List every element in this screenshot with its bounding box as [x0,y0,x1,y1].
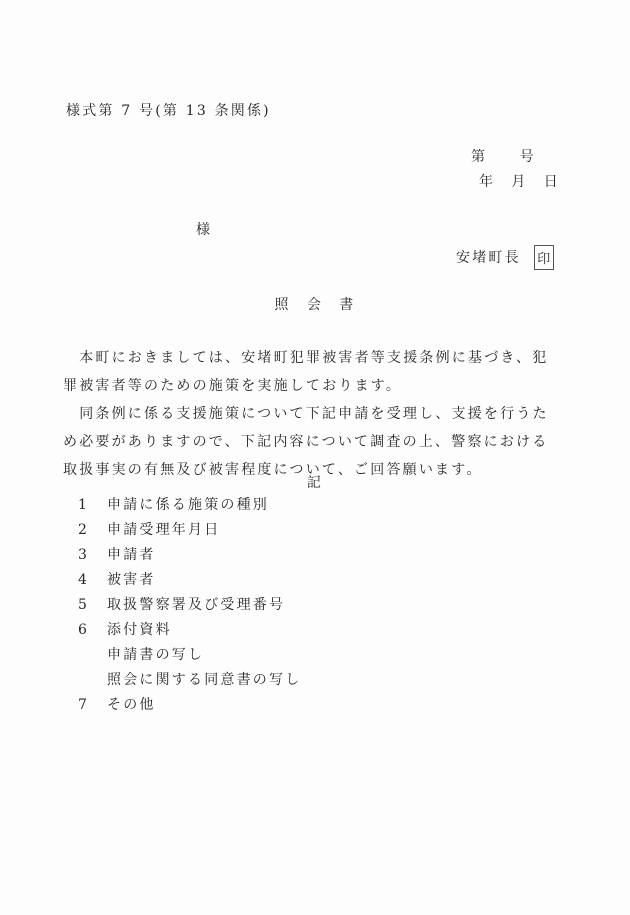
item-number [78,668,107,693]
list-item: 4 被害者 [78,568,301,593]
seal-box: 印 [534,245,554,270]
list-item: 3 申請者 [78,543,301,568]
item-number: 6 [78,618,107,643]
paragraph-line: 罪被害者等のための施策を実施しております。 [63,372,570,400]
item-text: 申請者 [107,543,156,568]
item-text: 申請に係る施策の種別 [107,493,269,518]
list-item: 6 添付資料 [78,618,301,643]
document-title: 照 会 書 [0,294,630,314]
item-number: 1 [78,493,107,518]
item-number: 7 [78,693,107,718]
item-text: 取扱警察署及び受理番号 [107,593,285,618]
item-number [78,643,107,668]
paragraph-line: 同条例に係る支援施策について下記申請を受理し、支援を行うた [63,400,570,428]
document-number-line: 第 号 [471,146,536,166]
item-text: 照会に関する同意書の写し [107,668,301,693]
numbered-list: 1 申請に係る施策の種別 2 申請受理年月日 3 申請者 4 被害者 5 取扱警… [78,493,301,718]
item-text: 申請書の写し [107,643,204,668]
sender-line: 安堵町長 印 [456,243,554,271]
addressee-suffix: 様 [196,219,212,239]
list-item: 7 その他 [78,693,301,718]
item-number: 2 [78,518,107,543]
item-text: 申請受理年月日 [107,518,220,543]
paragraph-line: め必要がありますので、下記内容について調査の上、警察における [63,428,570,456]
list-sub-item: 申請書の写し [78,643,301,668]
body-paragraphs: 本町におきましては、安堵町犯罪被害者等支援条例に基づき、犯 罪被害者等のための施… [63,344,570,484]
item-number: 5 [78,593,107,618]
item-number: 4 [78,568,107,593]
document-date-line: 年 月 日 [479,171,560,191]
form-number: 様式第 7 号(第 13 条関係) [66,100,271,120]
list-item: 1 申請に係る施策の種別 [78,493,301,518]
item-text: 被害者 [107,568,156,593]
sender-title: 安堵町長 [456,247,521,267]
list-sub-item: 照会に関する同意書の写し [78,668,301,693]
list-item: 5 取扱警察署及び受理番号 [78,593,301,618]
item-text: 添付資料 [107,618,172,643]
list-item: 2 申請受理年月日 [78,518,301,543]
seal-character: 印 [537,248,550,267]
item-text: その他 [107,693,156,718]
item-number: 3 [78,543,107,568]
document-page: 様式第 7 号(第 13 条関係) 第 号 年 月 日 様 安堵町長 印 照 会… [0,0,630,915]
paragraph-line: 本町におきましては、安堵町犯罪被害者等支援条例に基づき、犯 [63,344,570,372]
